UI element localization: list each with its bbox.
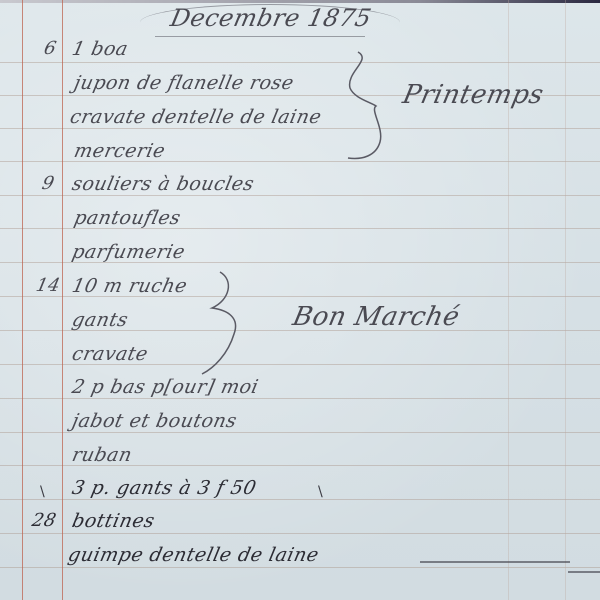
entry-item: cravate dentelle de laine (68, 106, 324, 128)
tick-mark: \ (318, 484, 323, 500)
ruled-line (0, 62, 600, 63)
entry-item: parfumerie (70, 241, 187, 263)
entry-day: 9 (40, 173, 56, 194)
ruled-line (0, 499, 600, 500)
entry-item: 10 m ruche (70, 275, 189, 297)
store-label-printemps: Printemps (400, 80, 546, 110)
ruled-line (0, 533, 600, 534)
entry-day: 14 (34, 275, 62, 296)
ruled-line (0, 567, 600, 568)
entry-item: 1 boa (70, 38, 130, 60)
entry-item: pantoufles (72, 207, 183, 229)
entry-item: guimpe dentelle de laine (66, 544, 321, 566)
ink-dash (568, 571, 600, 573)
store-label-bon-marche: Bon Marché (290, 302, 462, 332)
ruled-line (0, 128, 600, 129)
ruled-line (0, 432, 600, 433)
brace-printemps (340, 50, 400, 165)
ruled-line (0, 398, 600, 399)
margin-rule-inner (62, 0, 63, 600)
margin-rule-outer (22, 0, 23, 600)
entry-item: cravate (70, 343, 150, 365)
entry-item: souliers à boucles (70, 173, 256, 195)
page-heading: Decembre 1875 (168, 4, 374, 32)
ruled-line (0, 195, 600, 196)
heading-underline (155, 36, 365, 37)
ledger-page: Decembre 1875 6 9 14 28 1 boa jupon de f… (0, 0, 600, 600)
entry-item: 3 p. gants à 3 f 50 (70, 477, 258, 499)
tick-mark: \ (40, 484, 45, 500)
entry-item: mercerie (72, 140, 167, 162)
page-top-edge (0, 0, 600, 3)
entry-day: 6 (42, 38, 58, 59)
entry-item: jupon de flanelle rose (72, 72, 296, 94)
ink-dash (420, 561, 570, 563)
column-rule (565, 0, 566, 600)
entry-item: ruban (70, 444, 134, 466)
entry-item: jabot et boutons (70, 410, 239, 432)
entry-day: 28 (30, 510, 58, 531)
entry-item: bottines (70, 510, 157, 532)
brace-bon-marche (200, 270, 270, 380)
entry-item: gants (70, 309, 130, 331)
